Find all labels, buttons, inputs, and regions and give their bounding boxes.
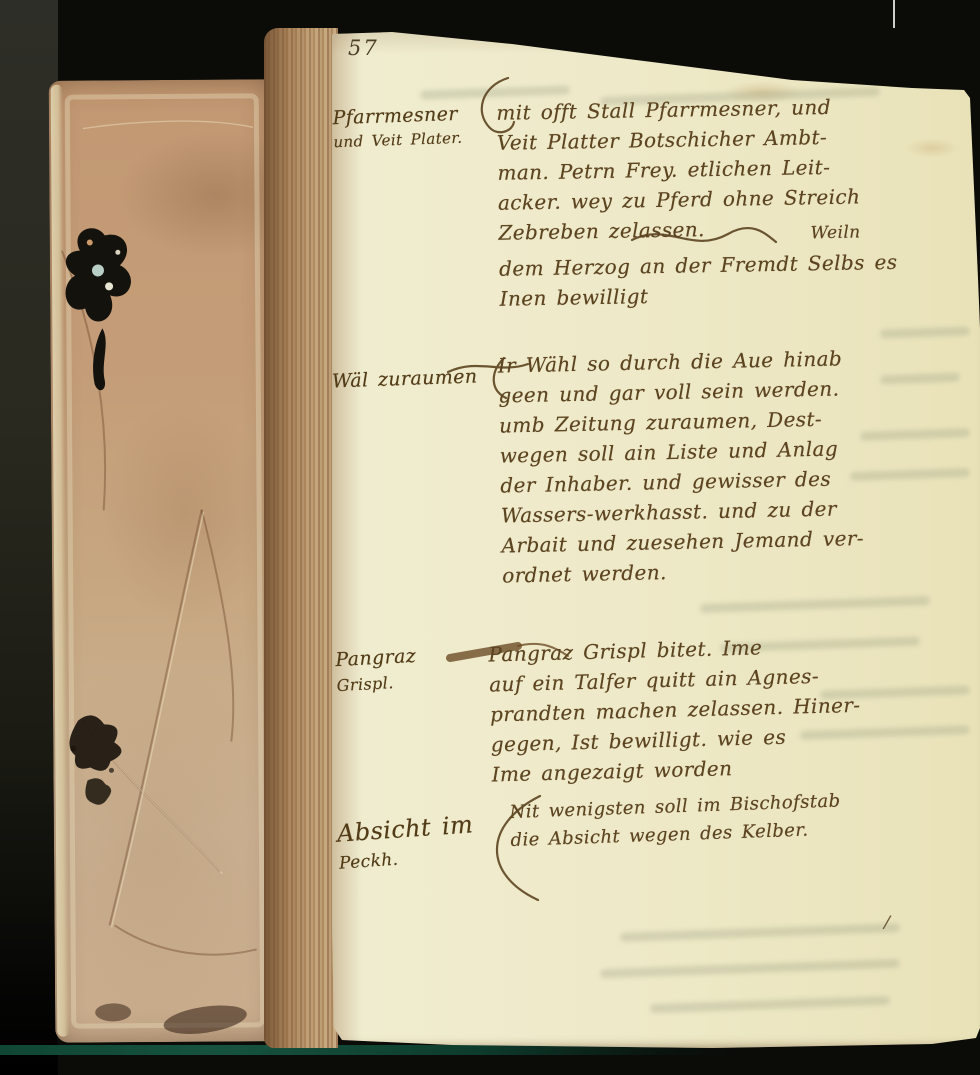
manuscript-page: 57 Pfarrmesner und Veit Plater. mit offt…	[332, 28, 980, 1048]
margin-note-3: Pangraz Grispl.	[335, 644, 418, 698]
margin-note-line: Wäl zuraumen	[332, 361, 478, 396]
manuscript-photo: 57 Pfarrmesner und Veit Plater. mit offt…	[0, 0, 980, 1075]
cover-hole-damage	[65, 228, 132, 390]
margin-note-line: und Veit Plater.	[333, 126, 463, 154]
book-cover	[49, 79, 278, 1043]
margin-note-line: Grispl.	[336, 669, 418, 698]
showthrough-mark	[620, 923, 900, 942]
margin-note-line: Pangraz	[335, 644, 417, 673]
showthrough-mark	[700, 596, 930, 613]
entry-text-3: Pangraz Grispl bitet. Ime auf ein Talfer…	[488, 629, 912, 790]
page-stack-edges	[264, 28, 338, 1048]
margin-note-1: Pfarrmesner und Veit Plater.	[332, 102, 463, 154]
page-number: 57	[348, 36, 379, 60]
entry-text-2: Ir Wähl so durch die Aue hinab geen und …	[498, 341, 939, 590]
cover-damage-overlay	[49, 79, 278, 1043]
margin-note-2: Wäl zuraumen	[332, 361, 478, 396]
handwritten-line: Inen bewilligt	[499, 276, 931, 314]
entry-text-1: mit offt Stall Pfarrmesner, und Veit Pla…	[496, 90, 932, 314]
entry-text-4: Nit wenigsten soll im Bischofstab die Ab…	[509, 785, 911, 855]
showthrough-mark	[880, 326, 970, 338]
showthrough-mark	[650, 996, 890, 1013]
scan-artifact-line	[893, 0, 895, 28]
showthrough-mark	[600, 959, 900, 978]
margin-note-4: Absicht im Peckh.	[336, 809, 476, 878]
